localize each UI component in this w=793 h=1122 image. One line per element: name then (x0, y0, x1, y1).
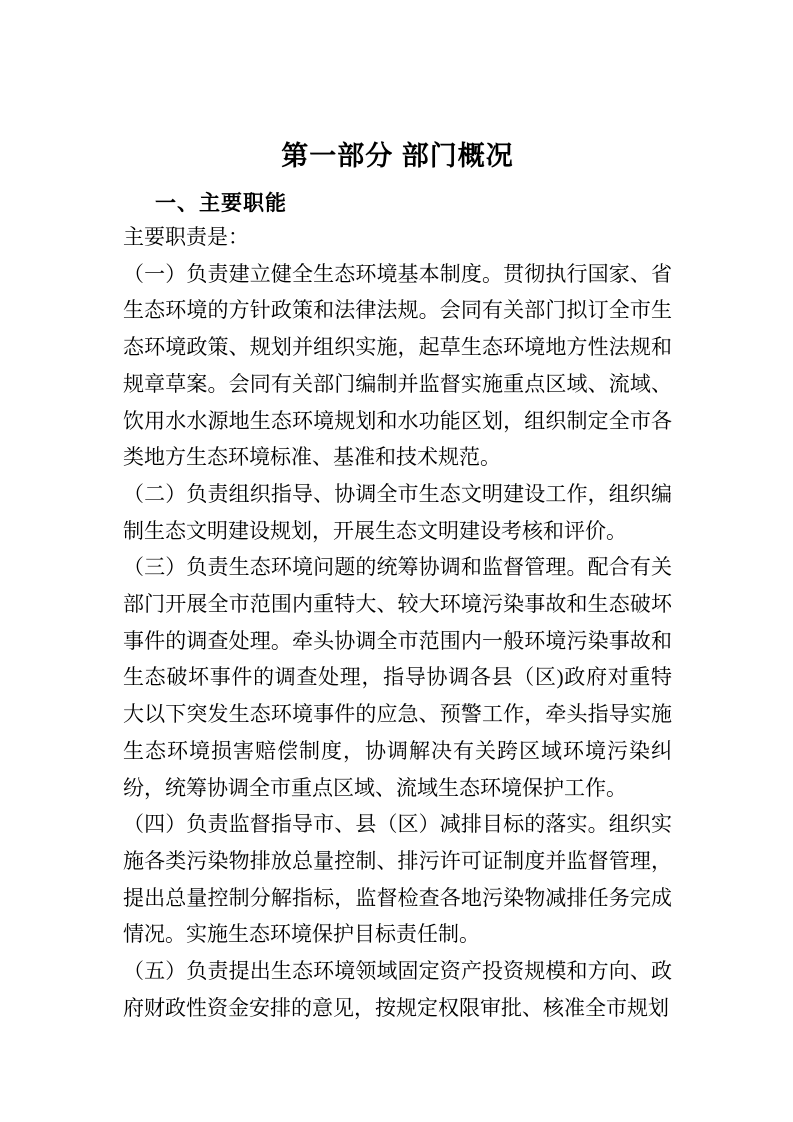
body-paragraph-4: （四）负责监督指导市、县（区）减排目标的落实。组织实施各类污染物排放总量控制、排… (123, 806, 672, 953)
body-paragraph-2: （二）负责组织指导、协调全市生态文明建设工作，组织编制生态文明建设规划，开展生态… (123, 476, 672, 549)
document-page: 第一部分 部门概况 一、主要职能 主要职责是： （一）负责建立健全生态环境基本制… (0, 0, 793, 1122)
body-paragraph-5: （五）负责提出生态环境领域固定资产投资规模和方向、政府财政性资金安排的意见，按规… (123, 953, 672, 1026)
section-heading: 一、主要职能 (123, 189, 672, 219)
page-title: 第一部分 部门概况 (123, 139, 672, 173)
body-paragraph-3: （三）负责生态环境问题的统筹协调和监督管理。配合有关部门开展全市范围内重特大、较… (123, 549, 672, 806)
intro-text: 主要职责是： (123, 219, 672, 256)
body-paragraph-1: （一）负责建立健全生态环境基本制度。贯彻执行国家、省生态环境的方针政策和法律法规… (123, 256, 672, 476)
document-body: 第一部分 部门概况 一、主要职能 主要职责是： （一）负责建立健全生态环境基本制… (123, 139, 672, 1026)
